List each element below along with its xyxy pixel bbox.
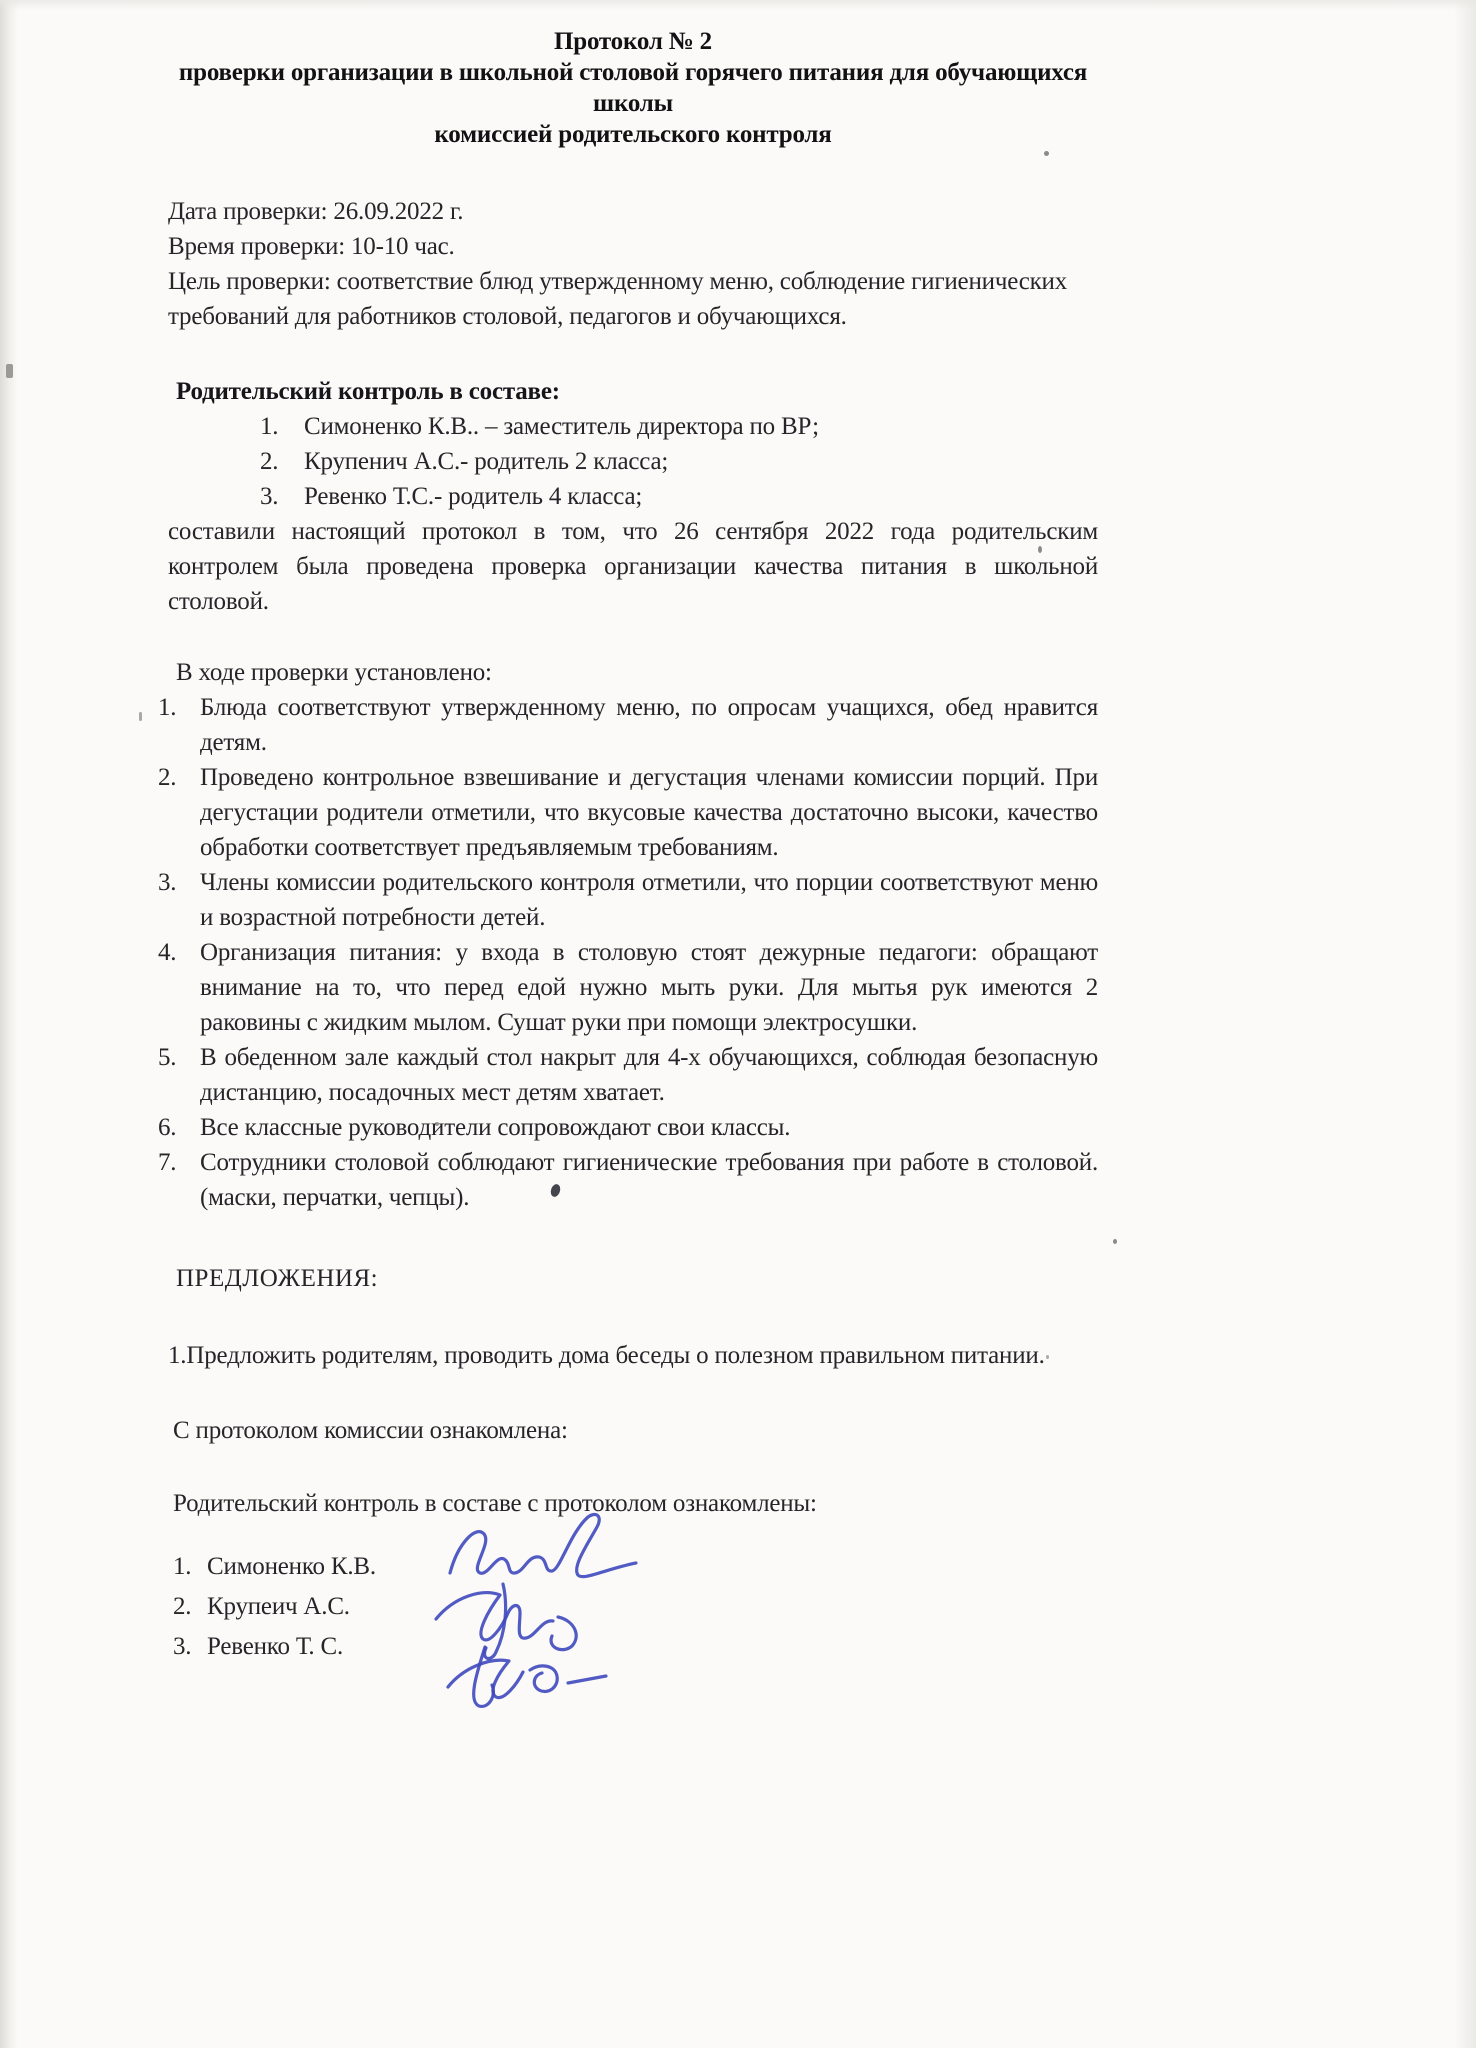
acknowledgement-parent-control: Родительский контроль в составе с проток… bbox=[168, 1486, 1098, 1521]
member-text: Крупенич А.С.- родитель 2 класса; bbox=[304, 444, 1098, 479]
scan-speck bbox=[139, 712, 142, 721]
protocol-paragraph: составили настоящий протокол в том, что … bbox=[168, 514, 1098, 619]
finding-item: 4. Организация питания: у входа в столов… bbox=[148, 935, 1098, 1040]
finding-text: Члены комиссии родительского контроля от… bbox=[200, 865, 1098, 935]
signature-row: 2. Крупеич А.С. bbox=[173, 1587, 1098, 1627]
signature-row: 1. Симоненко К.В. bbox=[173, 1547, 1098, 1587]
committee-heading: Родительский контроль в составе: bbox=[168, 374, 1098, 409]
document-body: Протокол № 2 проверки организации в школ… bbox=[168, 26, 1098, 1667]
document-title: Протокол № 2 проверки организации в школ… bbox=[168, 26, 1098, 150]
member-text: Ревенко Т.С.- родитель 4 класса; bbox=[304, 479, 1098, 514]
scan-speck bbox=[1113, 1239, 1117, 1244]
finding-text: Проведено контрольное взвешивание и дегу… bbox=[200, 760, 1098, 865]
finding-item: 6. Все классные руководители сопровождаю… bbox=[148, 1110, 1098, 1145]
signature-row: 3. Ревенко Т. С. bbox=[173, 1627, 1098, 1667]
member-text: Симоненко К.В.. – заместитель директора … bbox=[304, 409, 1098, 444]
title-line-3: школы bbox=[168, 88, 1098, 119]
scanned-document-page: { "page": { "title_lines": [ "Протокол №… bbox=[0, 0, 1476, 2048]
inspection-meta: Дата проверки: 26.09.2022 г. Время прове… bbox=[168, 194, 1098, 334]
scan-edge-right-shadow bbox=[1454, 0, 1476, 2048]
acknowledgement-commission: С протоколом комиссии ознакомлена: bbox=[168, 1413, 1098, 1448]
scan-edge-top-shadow bbox=[0, 0, 1476, 10]
signature-number: 1. bbox=[173, 1547, 207, 1587]
inspection-goal: Цель проверки: соответствие блюд утвержд… bbox=[168, 264, 1098, 334]
finding-number: 1. bbox=[148, 690, 200, 760]
finding-number: 2. bbox=[148, 760, 200, 865]
member-number: 3. bbox=[260, 479, 304, 514]
finding-text: Организация питания: у входа в столовую … bbox=[200, 935, 1098, 1040]
finding-text: Блюда соответствуют утвержденному меню, … bbox=[200, 690, 1098, 760]
inspection-date: Дата проверки: 26.09.2022 г. bbox=[168, 194, 1098, 229]
signature-name: Ревенко Т. С. bbox=[207, 1627, 343, 1667]
scan-edge-left-shadow bbox=[0, 0, 18, 2048]
signature-name: Крупеич А.С. bbox=[207, 1587, 350, 1627]
scan-speck bbox=[6, 364, 13, 378]
signature-number: 3. bbox=[173, 1627, 207, 1667]
finding-text: Сотрудники столовой соблюдают гигиеничес… bbox=[200, 1145, 1098, 1215]
finding-number: 5. bbox=[148, 1040, 200, 1110]
finding-item: 7. Сотрудники столовой соблюдают гигиени… bbox=[148, 1145, 1098, 1215]
finding-item: 3. Члены комиссии родительского контроля… bbox=[148, 865, 1098, 935]
title-line-4: комиссией родительского контроля bbox=[168, 119, 1098, 150]
signatures-block: 1. Симоненко К.В. 2. Крупеич А.С. 3. Рев… bbox=[168, 1547, 1098, 1667]
finding-number: 3. bbox=[148, 865, 200, 935]
title-line-1: Протокол № 2 bbox=[168, 26, 1098, 57]
committee-member-row: 3. Ревенко Т.С.- родитель 4 класса; bbox=[260, 479, 1098, 514]
inspection-time: Время проверки: 10-10 час. bbox=[168, 229, 1098, 264]
finding-number: 7. bbox=[148, 1145, 200, 1215]
member-number: 1. bbox=[260, 409, 304, 444]
finding-item: 1. Блюда соответствуют утвержденному мен… bbox=[148, 690, 1098, 760]
title-line-2: проверки организации в школьной столовой… bbox=[168, 57, 1098, 88]
proposal-item: 1.Предложить родителям, проводить дома б… bbox=[168, 1338, 1098, 1373]
finding-number: 4. bbox=[148, 935, 200, 1040]
member-number: 2. bbox=[260, 444, 304, 479]
finding-number: 6. bbox=[148, 1110, 200, 1145]
signature-number: 2. bbox=[173, 1587, 207, 1627]
signature-name: Симоненко К.В. bbox=[207, 1547, 376, 1587]
committee-member-row: 2. Крупенич А.С.- родитель 2 класса; bbox=[260, 444, 1098, 479]
findings-heading: В ходе проверки установлено: bbox=[168, 655, 1098, 690]
committee-member-row: 1. Симоненко К.В.. – заместитель директо… bbox=[260, 409, 1098, 444]
proposals-heading: ПРЕДЛОЖЕНИЯ: bbox=[168, 1261, 1098, 1296]
finding-text: В обеденном зале каждый стол накрыт для … bbox=[200, 1040, 1098, 1110]
finding-item: 2. Проведено контрольное взвешивание и д… bbox=[148, 760, 1098, 865]
finding-text: Все классные руководители сопровождают с… bbox=[200, 1110, 1098, 1145]
findings-list: 1. Блюда соответствуют утвержденному мен… bbox=[148, 690, 1098, 1215]
committee-members-list: 1. Симоненко К.В.. – заместитель директо… bbox=[260, 409, 1098, 514]
finding-item: 5. В обеденном зале каждый стол накрыт д… bbox=[148, 1040, 1098, 1110]
